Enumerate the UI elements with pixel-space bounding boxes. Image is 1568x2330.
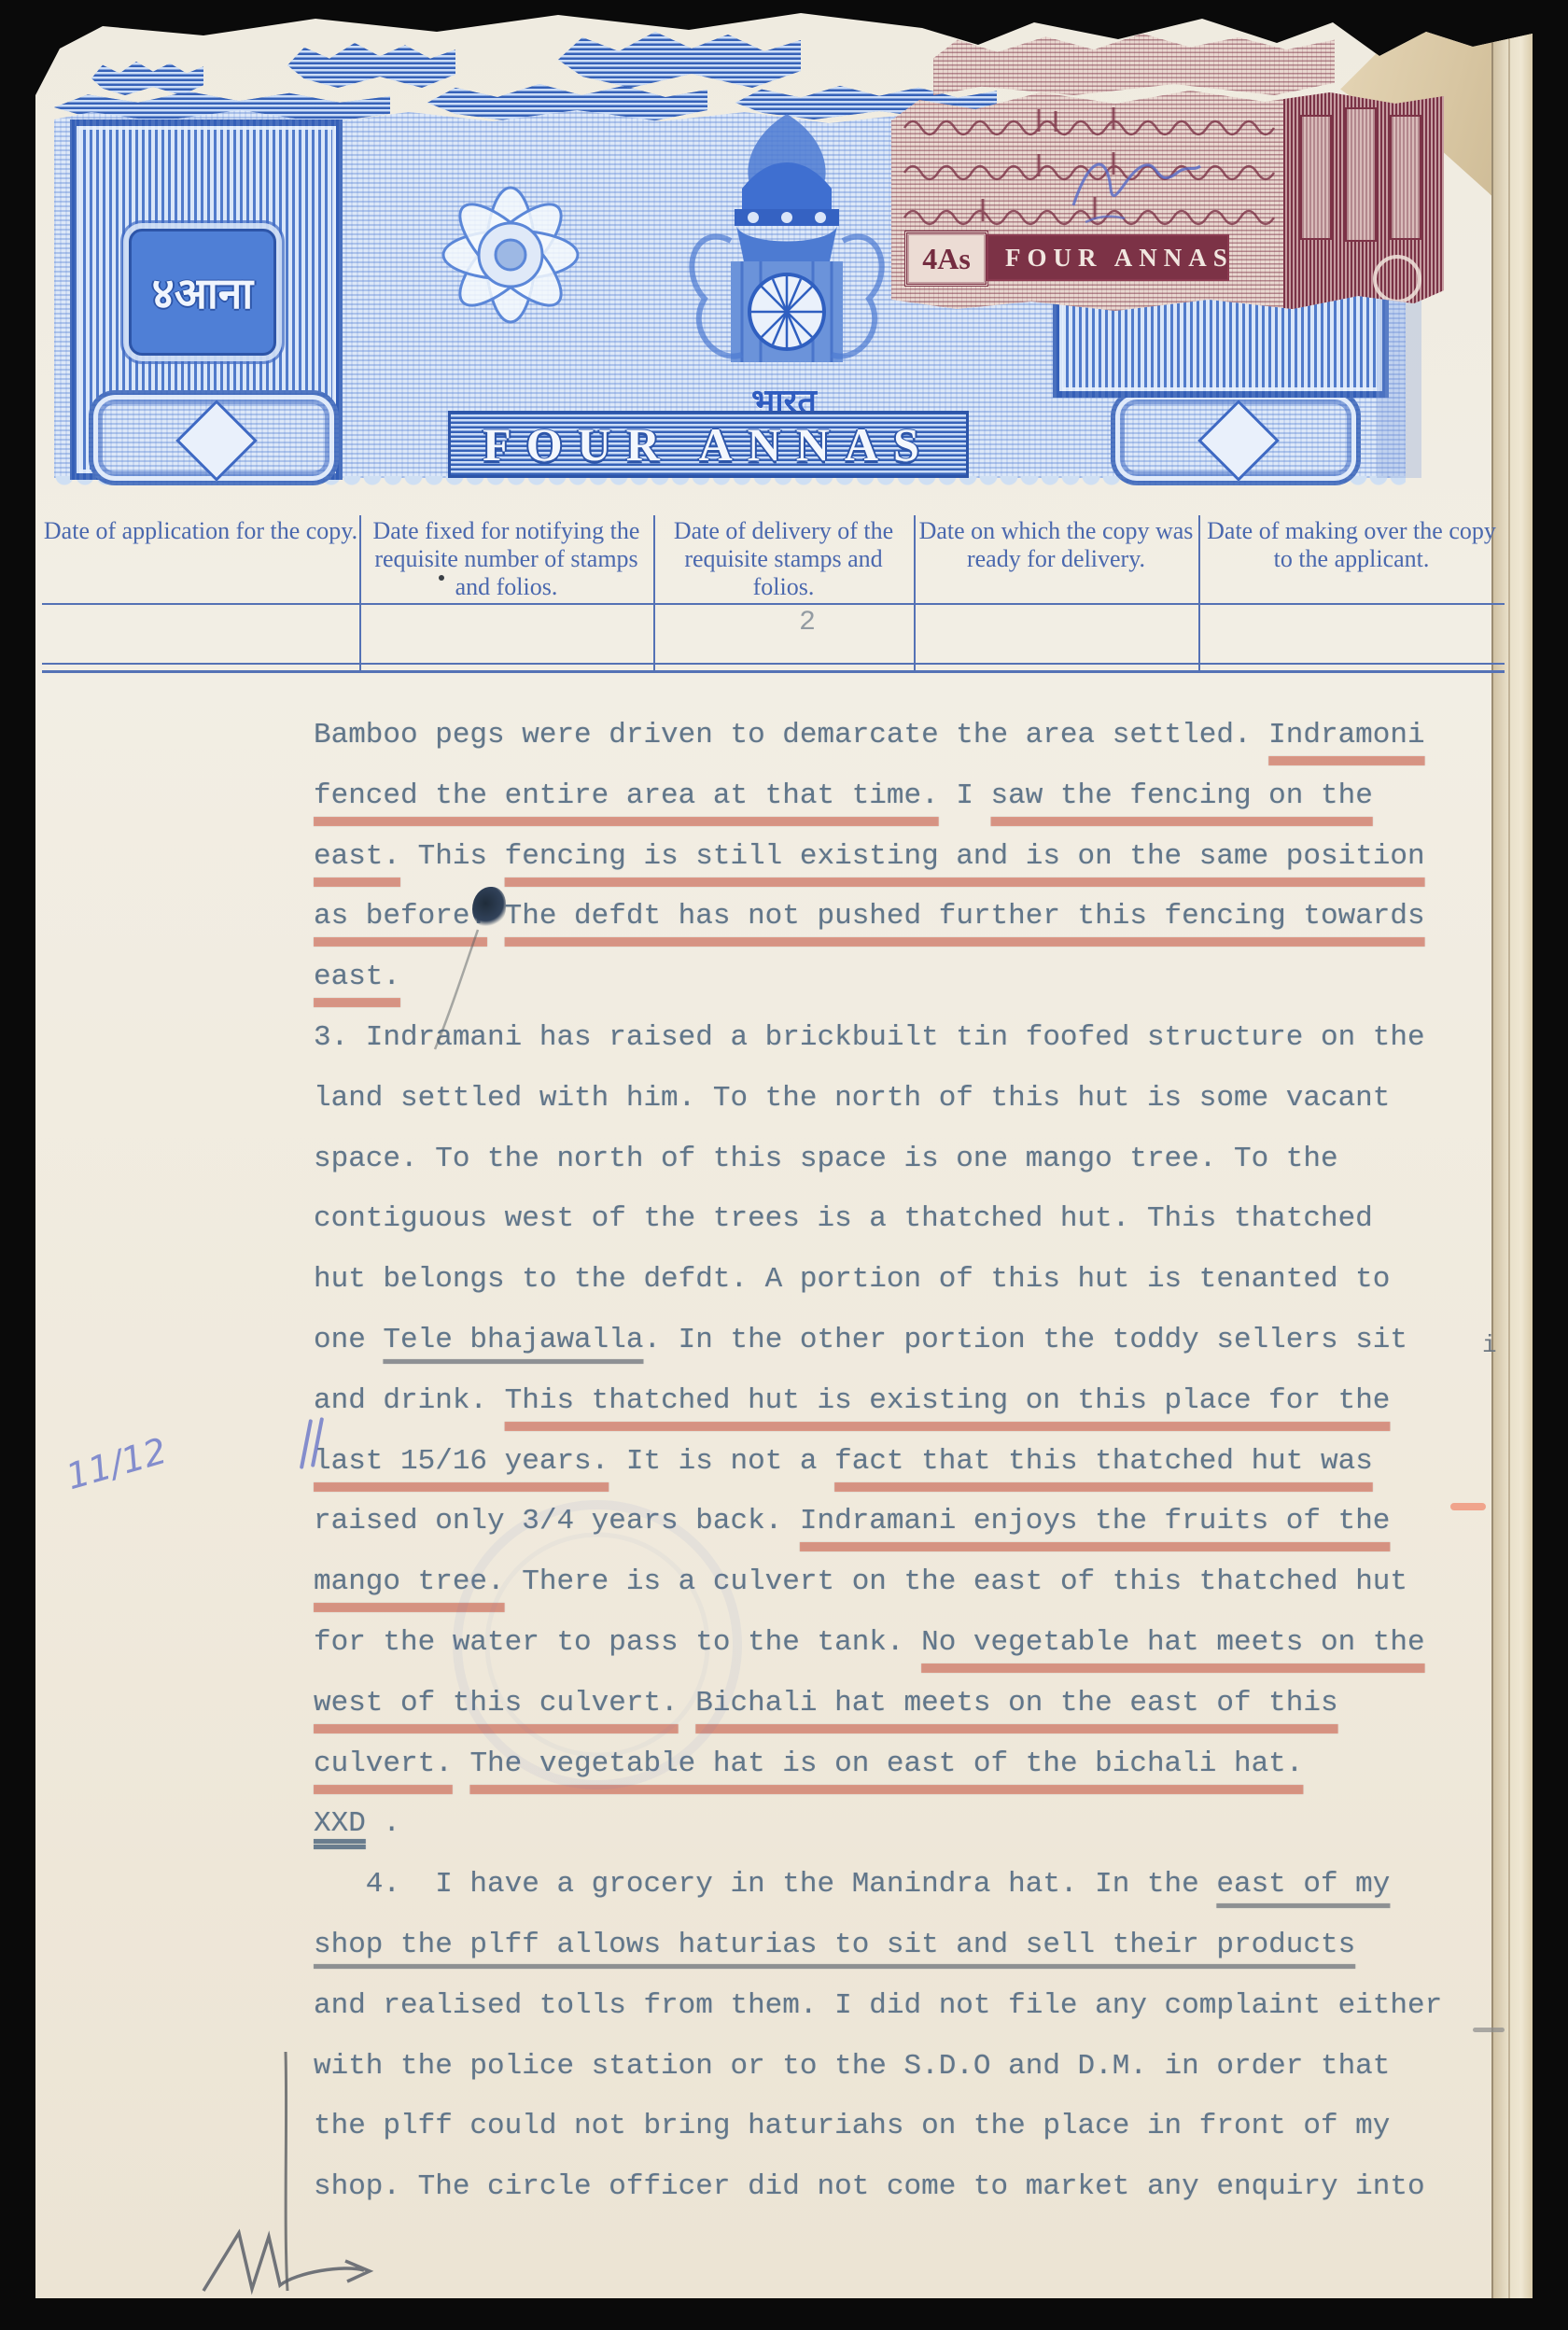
torn-stamp-fragment bbox=[287, 43, 455, 88]
stamp-left-medallion bbox=[89, 390, 339, 485]
typewritten-line: raised only 3/4 years back. Indramani en… bbox=[314, 1492, 1523, 1552]
page-number: 2 bbox=[799, 607, 816, 639]
typewritten-line: culvert. The vegetable hat is on east of… bbox=[314, 1734, 1523, 1795]
maroon-art-block bbox=[1283, 89, 1444, 311]
temple-pillar bbox=[1345, 107, 1377, 242]
right-edge-letter: i bbox=[1482, 1331, 1497, 1359]
maroon-value-box: 4As bbox=[904, 231, 988, 287]
typewritten-line: with the police station or to the S.D.O … bbox=[314, 2037, 1523, 2098]
table-rule bbox=[42, 603, 1505, 605]
typewritten-line: west of this culvert. Bichali hat meets … bbox=[314, 1674, 1523, 1734]
pencil-signature bbox=[203, 2233, 370, 2291]
torn-stamp-fragment bbox=[91, 62, 203, 95]
typewritten-line: fenced the entire area at that time. I s… bbox=[314, 766, 1523, 827]
red-edge-tick bbox=[1450, 1503, 1486, 1510]
table-divider bbox=[653, 515, 655, 672]
margin-note: 11/12 bbox=[62, 1430, 171, 1497]
ink-blot bbox=[472, 887, 506, 928]
typewritten-body: Bamboo pegs were driven to demarcate the… bbox=[314, 706, 1523, 2218]
table-divider bbox=[914, 515, 916, 672]
table-header-cell: Date of making over the copy to the appl… bbox=[1198, 517, 1505, 573]
typewritten-line: Bamboo pegs were driven to demarcate the… bbox=[314, 706, 1523, 766]
typewritten-line: last 15/16 years. It is not a fact that … bbox=[314, 1432, 1523, 1493]
typewritten-line: 3. Indramani has raised a brickbuilt tin… bbox=[314, 1008, 1523, 1069]
typewritten-line: hut belongs to the defdt. A portion of t… bbox=[314, 1250, 1523, 1311]
table-header-cell: Date of application for the copy. bbox=[42, 517, 359, 545]
torn-stamp-fragment bbox=[558, 32, 801, 88]
medallion-core bbox=[175, 400, 258, 482]
temple-pillar bbox=[1390, 115, 1421, 240]
denomination-cartouche: ४आना bbox=[129, 229, 276, 356]
typewritten-line: one Tele bhajawalla. In the other portio… bbox=[314, 1311, 1523, 1371]
stamp-right-medallion bbox=[1111, 390, 1361, 485]
typewritten-line: for the water to pass to the tank. No ve… bbox=[314, 1613, 1523, 1674]
temple-pillar bbox=[1300, 115, 1332, 240]
pencil-edge-tick bbox=[1473, 2028, 1505, 2032]
typewritten-line: 4. I have a grocery in the Manindra hat.… bbox=[314, 1855, 1523, 1916]
ink-speck bbox=[439, 575, 444, 581]
margin-pencil-line bbox=[286, 2052, 287, 2291]
table-rule bbox=[42, 663, 1505, 665]
table-header-cell: Date fixed for notifying the requisite n… bbox=[359, 517, 653, 601]
scanned-document-page: ४आना भारत FOUR A bbox=[0, 0, 1568, 2330]
paper-sheet: ४आना भारत FOUR A bbox=[35, 6, 1533, 2298]
typewritten-line: and realised tolls from them. I did not … bbox=[314, 1976, 1523, 2037]
typewritten-line: the plff could not bring haturiahs on th… bbox=[314, 2097, 1523, 2157]
table-header-cell: Date of delivery of the requisite stamps… bbox=[653, 517, 914, 601]
typewritten-line: east. This fencing is still existing and… bbox=[314, 827, 1523, 888]
denomination-devanagari-label: ४आना bbox=[152, 263, 253, 321]
rosette-icon bbox=[401, 146, 621, 365]
typewritten-line: contiguous west of the trees is a thatch… bbox=[314, 1189, 1523, 1250]
typewritten-line: XXD . bbox=[314, 1794, 1523, 1855]
table-header-cell: Date on which the copy was ready for del… bbox=[914, 517, 1198, 573]
table-divider bbox=[1198, 515, 1200, 672]
typewritten-line: and drink. This thatched hut is existing… bbox=[314, 1371, 1523, 1432]
typewritten-line: east. bbox=[314, 947, 1523, 1008]
typewritten-line: shop. The circle officer did not come to… bbox=[314, 2157, 1523, 2218]
maroon-denomination-band: FOUR ANNAS bbox=[988, 236, 1227, 279]
maroon-revenue-stamp: 4As FOUR ANNAS bbox=[891, 89, 1444, 311]
medallion-core bbox=[1197, 400, 1280, 482]
blue-denomination-label: FOUR ANNAS bbox=[483, 417, 934, 471]
maroon-stamp-fragment bbox=[933, 34, 1335, 95]
chariot-wheel-icon bbox=[1373, 255, 1421, 303]
script-pattern bbox=[899, 102, 1281, 232]
maroon-value-label: 4As bbox=[922, 242, 971, 276]
typewritten-line: land settled with him. To the north of t… bbox=[314, 1069, 1523, 1130]
typewritten-line: space. To the north of this space is one… bbox=[314, 1130, 1523, 1190]
four-annas-banner: FOUR ANNAS bbox=[448, 411, 969, 478]
table-rule bbox=[42, 670, 1505, 673]
typewritten-line: shop the plff allows haturias to sit and… bbox=[314, 1916, 1523, 1976]
maroon-denomination-label: FOUR ANNAS bbox=[988, 244, 1234, 273]
typewritten-line: mango tree. There is a culvert on the ea… bbox=[314, 1552, 1523, 1613]
table-divider bbox=[359, 515, 361, 672]
